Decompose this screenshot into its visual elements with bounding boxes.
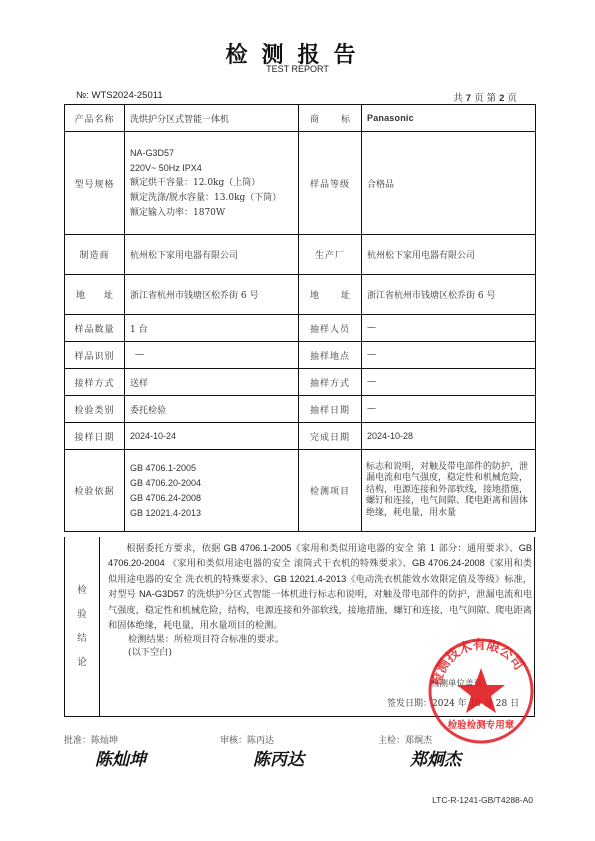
unit-seal-label: 检测单位盖章 (431, 677, 482, 689)
sample-qty-label: 样品数量 (65, 315, 125, 342)
factory-address-label: 地址 (299, 275, 362, 315)
sampling-method-value: — (362, 369, 536, 396)
conclusion-paragraph: 根据委托方要求，依据 GB 4706.1-2005《家用和类似用途电器的安全 第… (108, 541, 532, 633)
report-number-label: №: (76, 90, 89, 101)
test-result: 检测结果：所检项目符合标准的要求。 (108, 633, 532, 646)
receive-method-label: 接样方式 (65, 369, 125, 396)
inspection-type-label: 检验类别 (65, 396, 125, 423)
inspector-label: 主检： (378, 736, 405, 746)
table-row: 制造商 杭州松下家用电器有限公司 生产厂 杭州松下家用电器有限公司 (65, 235, 536, 275)
report-number: №: WTS2024-25011 (76, 90, 163, 101)
page-current: 2 (499, 93, 504, 104)
trademark-label: 商标 (299, 105, 362, 132)
sample-id-label: 样品识别 (65, 342, 125, 369)
table-row: 地址 浙江省杭州市钱塘区松乔街 6 号 地址 浙江省杭州市钱塘区松乔街 6 号 (65, 275, 536, 315)
model-line: 额定烘干容量：12.0kg（上筒） (130, 176, 293, 191)
model-line: 额定洗涤/脱水容量：13.0kg（下筒） (130, 191, 293, 206)
test-items-value: 标志和说明，对触及带电部件的防护，泄漏电流和电气强度，稳定性和机械危险，结构，电… (362, 450, 536, 532)
address-value: 浙江省杭州市钱塘区松乔街 6 号 (125, 275, 299, 315)
inspection-type-value: 委托检验 (125, 396, 299, 423)
trademark-label-b: 标 (341, 112, 350, 125)
standard-item: GB 4706.20-2004 (130, 476, 293, 491)
sample-qty-value: 1 台 (125, 315, 299, 342)
model-ref: NA-G3D57 (139, 589, 184, 599)
standard-item: GB 12021.4-2013 (130, 506, 293, 521)
review-label: 审核： (220, 736, 247, 746)
receive-date-label: 接样日期 (65, 423, 125, 450)
factory-address-label-b: 址 (341, 288, 350, 301)
approve-signature: 陈灿坤 (95, 745, 146, 770)
model-value: NA-G3D57 220V~ 50Hz IPX4 额定烘干容量：12.0kg（上… (125, 132, 299, 235)
manufacturer-value: 杭州松下家用电器有限公司 (125, 235, 299, 275)
trademark-value: Panasonic (362, 105, 536, 132)
page-total: 7 (466, 93, 471, 104)
basis-label: 检验依据 (65, 450, 125, 532)
conclusion-text: 根据委托方要求，依据 GB 4706.1-2005《家用和类似用途电器的安全 第… (108, 541, 532, 659)
report-subtitle: TEST REPORT (0, 64, 595, 74)
table-row: 检验依据 GB 4706.1-2005 GB 4706.20-2004 GB 4… (65, 450, 536, 532)
address-label: 地址 (65, 275, 125, 315)
manufacturer-label: 制造商 (65, 235, 125, 275)
document-code: LTC-R-1241-GB/T4288-A0 (432, 795, 533, 805)
issue-date: 签发日期：2024 年 10 月 28 日 (387, 696, 519, 709)
text-span: 根据委托方要求，依据 (126, 543, 223, 554)
table-row: 接样方式 送样 抽样方式 — (65, 369, 536, 396)
table-row: 型号规格 NA-G3D57 220V~ 50Hz IPX4 额定烘干容量：12.… (65, 132, 536, 235)
text-span: 《家用和类似用途电器的安全 滚筒式干衣机的特殊要求》、 (165, 558, 412, 569)
table-row: 样品识别 — 抽样地点 — (65, 342, 536, 369)
standard-ref: GB 4706.1-2005 (224, 543, 292, 553)
conclusion-label-char: 验 (77, 603, 87, 627)
page-total-prefix: 共 (453, 93, 463, 104)
approve-label: 批准： (64, 736, 91, 746)
receive-date-value: 2024-10-24 (125, 423, 299, 450)
standard-item: GB 4706.1-2005 (130, 461, 293, 476)
table-row: 检验类别 委托检验 抽样日期 — (65, 396, 536, 423)
receive-method-value: 送样 (125, 369, 299, 396)
sampler-value: — (362, 315, 536, 342)
sampling-date-value: — (362, 396, 536, 423)
completion-date-value: 2024-10-28 (362, 423, 536, 450)
model-label: 型号规格 (65, 132, 125, 235)
review-signature: 陈丙达 (253, 745, 304, 770)
standard-ref: GB 4706.24-2008 (412, 558, 485, 568)
factory-address-label-a: 地 (310, 288, 319, 301)
table-row: 样品数量 1 台 抽样人员 — (65, 315, 536, 342)
address-label-b: 址 (104, 288, 113, 301)
factory-label: 生产厂 (299, 235, 362, 275)
page-suffix: 页 (507, 93, 517, 104)
conclusion-label-char: 检 (77, 579, 87, 603)
completion-date-label: 完成日期 (299, 423, 362, 450)
model-line: 额定输入功率：1870W (130, 206, 293, 221)
model-line: 220V~ 50Hz IPX4 (130, 161, 293, 176)
product-name-value: 洗烘护分区式智能一体机 (125, 105, 299, 132)
standard-item: GB 4706.24-2008 (130, 491, 293, 506)
trademark-label-a: 商 (310, 112, 319, 125)
standard-ref: GB 12021.4-2013 (274, 574, 347, 584)
conclusion-label-char: 论 (77, 651, 87, 675)
product-name-label: 产品名称 (65, 105, 125, 132)
text-span: 《家用和类似用途电器的安全 第 1 部分：通用要求》、 (291, 543, 518, 554)
table-row: 接样日期 2024-10-24 完成日期 2024-10-28 (65, 423, 536, 450)
page-info: 共 7 页 第 2 页 (453, 90, 517, 104)
factory-value: 杭州松下家用电器有限公司 (362, 235, 536, 275)
address-label-a: 地 (76, 288, 85, 301)
conclusion-label-char: 结 (77, 627, 87, 651)
basis-standards: GB 4706.1-2005 GB 4706.20-2004 GB 4706.2… (125, 450, 299, 532)
blank-note: (以下空白) (108, 646, 532, 659)
model-line: NA-G3D57 (130, 146, 293, 161)
factory-address-value: 浙江省杭州市钱塘区松乔街 6 号 (362, 275, 536, 315)
conclusion-label: 检 验 结 论 (65, 537, 100, 716)
stamp-bottom-text: 检验检测专用章 (448, 719, 515, 731)
sampling-place-value: — (362, 342, 536, 369)
page-mid: 页 第 (474, 93, 496, 104)
table-row: 产品名称 洗烘护分区式智能一体机 商标 Panasonic (65, 105, 536, 132)
report-info-table: 产品名称 洗烘护分区式智能一体机 商标 Panasonic 型号规格 NA-G3… (64, 104, 536, 532)
sample-grade-label: 样品等级 (299, 132, 362, 235)
inspector-signature: 郑炯杰 (410, 745, 461, 770)
sampling-place-label: 抽样地点 (299, 342, 362, 369)
sampling-method-label: 抽样方式 (299, 369, 362, 396)
report-number-value: WTS2024-25011 (91, 90, 162, 101)
test-items-label: 检测项目 (299, 450, 362, 532)
sample-id-value: — (125, 342, 299, 369)
sampler-label: 抽样人员 (299, 315, 362, 342)
conclusion-section: 检 验 结 论 根据委托方要求，依据 GB 4706.1-2005《家用和类似用… (64, 537, 535, 717)
sampling-date-label: 抽样日期 (299, 396, 362, 423)
sample-grade-value: 合格品 (362, 132, 536, 235)
